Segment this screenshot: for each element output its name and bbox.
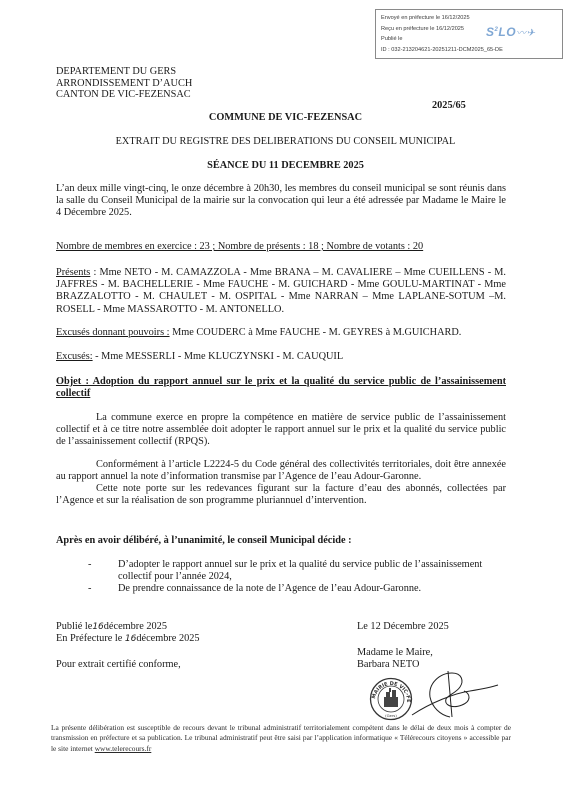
subject-text: Objet : Adoption du rapport annuel sur l…	[56, 376, 506, 399]
register-title: EXTRAIT DU REGISTRE DES DELIBERATIONS DU…	[0, 136, 567, 148]
s2lo-logo-icon: S2LO〰✈	[486, 25, 535, 40]
stamp-sent: Envoyé en préfecture le 16/12/2025	[381, 13, 557, 24]
telerecours-link[interactable]: www.telerecours.fr	[95, 744, 152, 753]
proxies-paragraph: Excusés donnant pouvoirs : Mme COUDERC à…	[56, 327, 506, 339]
prefecture-stamp: Envoyé en préfecture le 16/12/2025 Reçu …	[375, 9, 563, 59]
published-line: Publié le16décembre 2025	[56, 621, 200, 633]
decision-item: D’adopter le rapport annuel sur le prix …	[88, 559, 506, 583]
excused-paragraph: Excusés: - Mme MESSERLI - Mme KLUCZYNSKI…	[56, 351, 506, 363]
proxies-label: Excusés donnant pouvoirs :	[56, 327, 170, 338]
arrondissement: ARRONDISSEMENT D’AUCH	[56, 78, 192, 90]
canton: CANTON DE VIC-FEZENSAC	[56, 89, 192, 101]
department: DEPARTEMENT DU GERS	[56, 66, 192, 78]
svg-text:(Gers): (Gers)	[385, 713, 397, 718]
signature-date: Le 12 Décembre 2025	[357, 621, 449, 633]
proxies-list: Mme COUDERC à Mme FAUCHE - M. GEYRES à M…	[170, 327, 462, 338]
administrative-header: DEPARTEMENT DU GERS ARRONDISSEMENT D’AUC…	[56, 66, 192, 101]
decision-heading: Après en avoir délibéré, à l’unanimité, …	[56, 535, 506, 547]
subject-heading: Objet : Adoption du rapport annuel sur l…	[56, 376, 506, 400]
legal-notice: La présente délibération est susceptible…	[51, 723, 511, 754]
member-counts: Nombre de membres en exercice : 23 ; Nom…	[56, 241, 506, 253]
commune-title: COMMUNE DE VIC-FEZENSAC	[0, 112, 567, 124]
excused-label: Excusés:	[56, 351, 93, 362]
session-title: SÉANCE DU 11 DECEMBRE 2025	[0, 160, 567, 172]
decision-list: D’adopter le rapport annuel sur le prix …	[88, 559, 506, 596]
mayor-signature-icon	[400, 665, 500, 721]
intro-paragraph: L’an deux mille vingt-cinq, le onze déce…	[56, 183, 506, 220]
mayor-title: Madame le Maire,	[357, 647, 433, 659]
paragraph-redevances: Cette note porte sur les redevances figu…	[56, 483, 506, 507]
stamp-id: ID : 032-213204621-20251211-DCM2025_65-D…	[381, 45, 557, 56]
presents-list: : Mme NETO - M. CAMAZZOLA - Mme BRANA – …	[56, 267, 506, 315]
certified-statement: Pour extrait certifié conforme,	[56, 659, 181, 671]
presents-paragraph: Présents : Mme NETO - M. CAMAZZOLA - Mme…	[56, 267, 506, 316]
handwritten-day: 16	[125, 634, 136, 644]
excused-list: - Mme MESSERLI - Mme KLUCZYNSKI - M. CAU…	[93, 351, 344, 362]
prefecture-line: En Préfecture le 16décembre 2025	[56, 633, 200, 645]
handwritten-day: 16	[92, 622, 103, 632]
publication-info: Publié le16décembre 2025 En Préfecture l…	[56, 621, 200, 646]
decision-item: De prendre connaissance de la note de l’…	[88, 583, 506, 595]
deliberation-reference: 2025/65	[432, 100, 466, 112]
presents-label: Présents	[56, 267, 90, 278]
paragraph-article: Conformément à l’article L2224-5 du Code…	[56, 459, 506, 483]
paragraph-competence: La commune exerce en propre la compétenc…	[56, 412, 506, 449]
